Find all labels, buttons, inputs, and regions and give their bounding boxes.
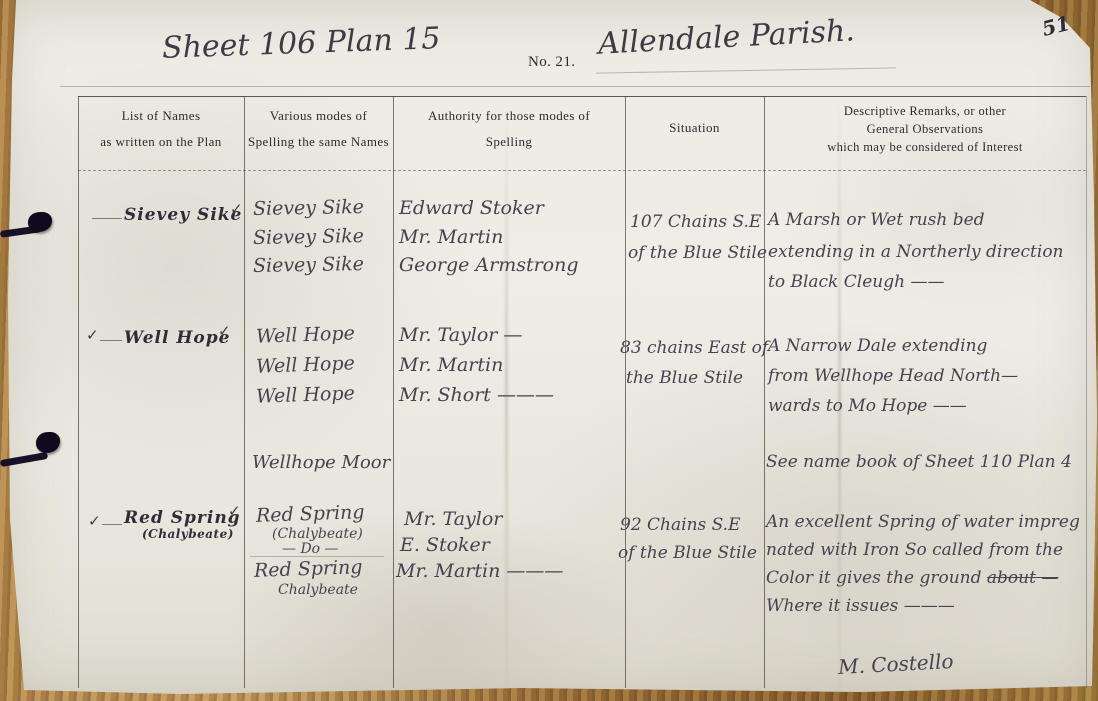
checkmark: ✓ <box>230 200 243 218</box>
col-header-spelling-line2: Spelling the same Names <box>244 134 393 150</box>
remarks-line: A Marsh or Wet rush bed <box>768 210 985 230</box>
table-border-left <box>78 96 79 688</box>
authority-entry: Mr. Taylor <box>404 508 502 530</box>
spelling-entry: Sievey Sike <box>253 225 364 249</box>
remarks-line: An excellent Spring of water impreg <box>766 512 1080 532</box>
spelling-entry: Well Hope <box>256 322 356 347</box>
authority-entry: Mr. Martin ——— <box>396 560 563 582</box>
spelling-entry: — Do — <box>282 541 339 557</box>
remarks-line: extending in a Northerly direction <box>768 242 1064 262</box>
form-number-label: No. 21. <box>528 54 575 71</box>
checkmark: ✓ <box>86 326 99 344</box>
remarks-line: Where it issues ——— <box>766 596 955 616</box>
authority-entry: E. Stoker <box>400 534 490 556</box>
spelling-entry: Sievey Sike <box>253 196 364 220</box>
col-header-authority-line1: Authority for those modes of <box>393 108 625 124</box>
book-binding-edge <box>0 0 22 701</box>
table-border-right <box>1086 96 1087 688</box>
spelling-entry: Wellhope Moor <box>252 452 390 473</box>
column-divider <box>625 96 626 688</box>
remarks-line: A Narrow Dale extending <box>768 336 987 356</box>
row-name: Sievey Sike <box>124 205 242 225</box>
situation-line: 92 Chains S.E <box>620 515 741 535</box>
situation-line: 107 Chains S.E <box>630 212 761 232</box>
remarks-line: from Wellhope Head North— <box>768 366 1018 386</box>
guide-line <box>100 340 122 341</box>
remarks-line: nated with Iron So called from the <box>766 540 1063 560</box>
col-header-remarks-line1: Descriptive Remarks, or other <box>764 104 1086 119</box>
spelling-entry: Chalybeate <box>278 582 358 598</box>
remarks-line: See name book of Sheet 110 Plan 4 <box>766 452 1072 472</box>
spelling-entry: Well Hope <box>256 352 356 377</box>
spelling-entry: (Chalybeate) <box>272 526 363 542</box>
authority-entry: Edward Stoker <box>399 197 544 219</box>
situation-line: the Blue Stile <box>626 368 743 388</box>
scanned-name-book-page: 51 Sheet 106 Plan 15 No. 21. Allendale P… <box>0 0 1098 701</box>
table-top-border <box>78 96 1086 97</box>
col-header-spelling-line1: Various modes of <box>244 108 393 124</box>
remarks-line-with-strike: Color it gives the ground about — <box>766 568 1058 588</box>
row-name-note: (Chalybeate) <box>142 527 234 541</box>
guide-line <box>102 524 122 525</box>
authority-entry: Mr. Martin <box>399 226 503 248</box>
column-divider <box>764 96 765 688</box>
checkmark: ✓ <box>218 322 231 340</box>
authority-entry: Mr. Martin <box>399 354 503 376</box>
col-header-remarks-line2: General Observations <box>764 122 1086 137</box>
col-header-remarks-line3: which may be considered of Interest <box>764 140 1086 155</box>
remarks-struck-word: about — <box>987 568 1058 588</box>
header-rule <box>60 86 1090 87</box>
situation-line: of the Blue Stile <box>628 243 767 263</box>
col-header-names-line1: List of Names <box>78 108 244 124</box>
spelling-entry: Red Spring <box>256 501 365 527</box>
situation-line: 83 chains East of <box>620 338 768 358</box>
spelling-entry: Sievey Sike <box>253 253 364 277</box>
column-divider <box>244 96 245 688</box>
remarks-text: Color it gives the ground <box>766 568 987 588</box>
authority-entry: Mr. Short ——— <box>399 384 554 406</box>
remarks-line: wards to Mo Hope —— <box>768 396 967 416</box>
col-header-authority-line2: Spelling <box>393 134 625 150</box>
authority-entry: Mr. Taylor — <box>399 324 522 346</box>
column-divider <box>393 96 394 688</box>
situation-line: of the Blue Stile <box>618 543 757 563</box>
remarks-line: to Black Cleugh —— <box>768 272 944 292</box>
row-name: Well Hope <box>124 328 230 348</box>
col-header-situation: Situation <box>625 120 764 136</box>
col-header-names-line2: as written on the Plan <box>78 134 244 150</box>
spelling-entry: Well Hope <box>256 382 356 407</box>
checkmark: ✓ <box>88 512 101 530</box>
guide-line <box>92 218 122 219</box>
authority-entry: George Armstrong <box>399 254 579 276</box>
spelling-entry: Red Spring <box>254 556 363 582</box>
row-name: Red Spring <box>124 508 241 528</box>
checkmark: ✓ <box>228 502 241 520</box>
table-header-divider <box>78 170 1086 171</box>
